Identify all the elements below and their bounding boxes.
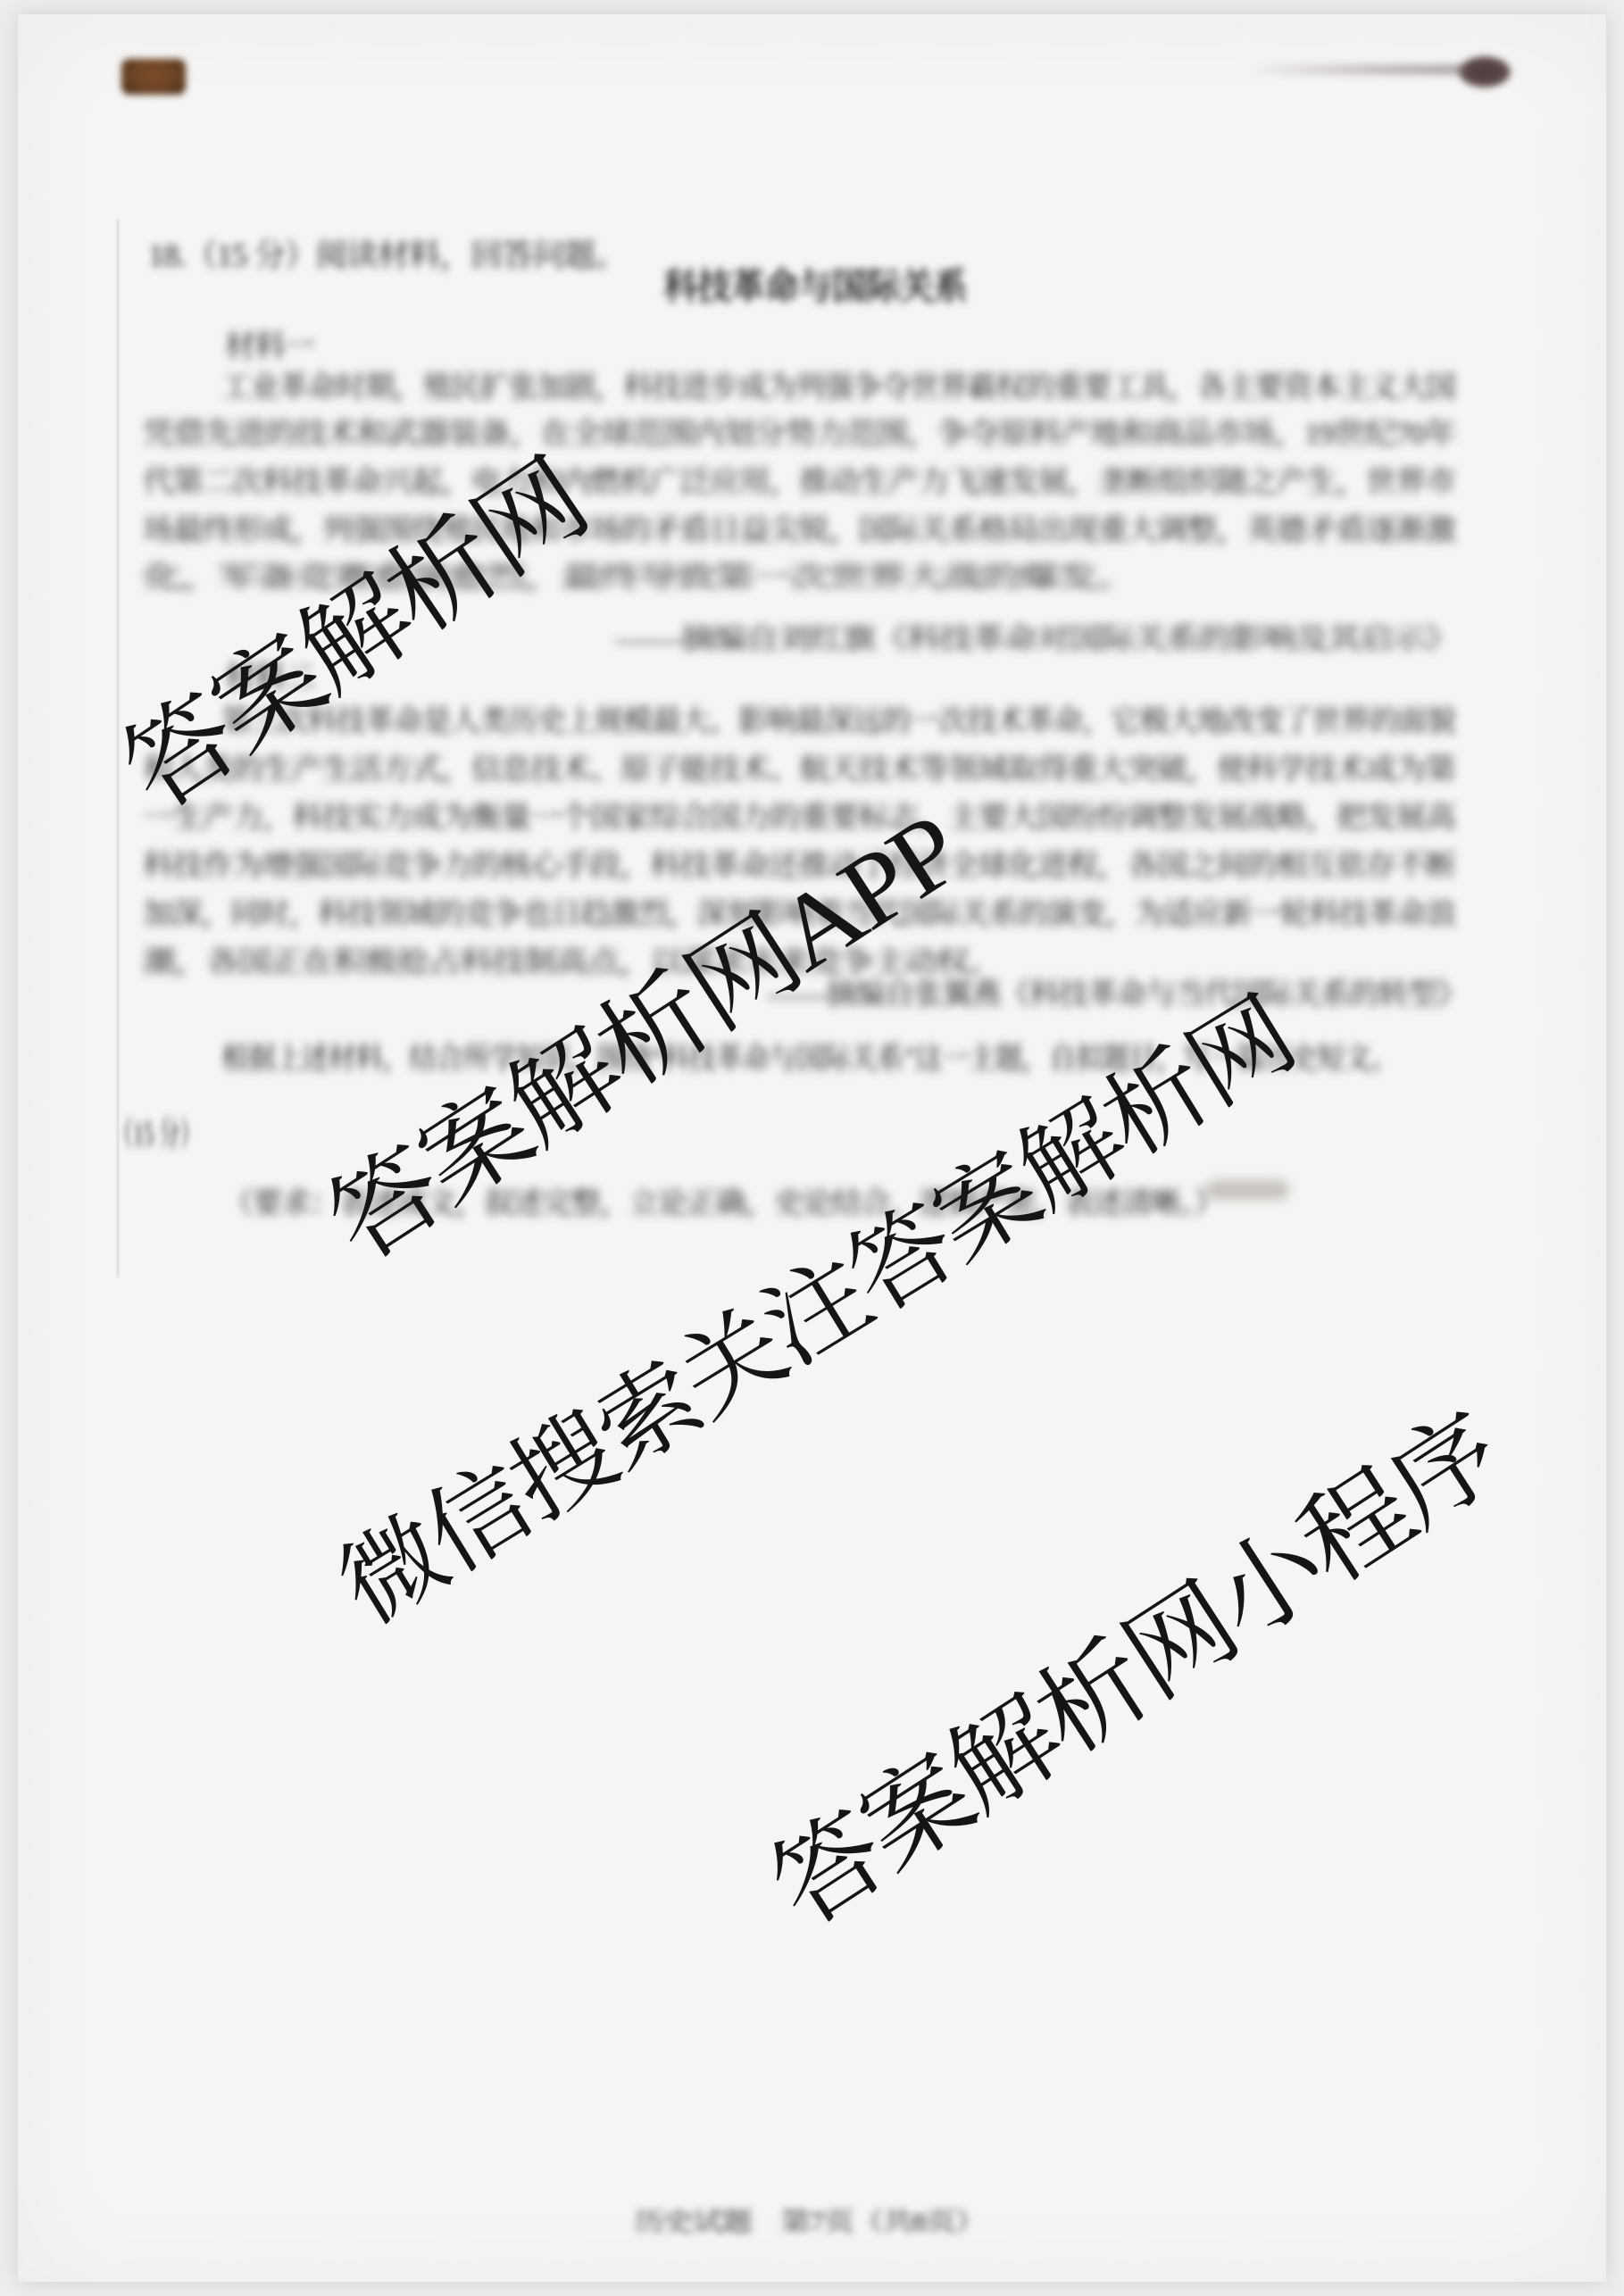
blurred-text-line: 化，军备竞赛愈演愈烈，最终导致第一次世界大战的爆发。 xyxy=(143,553,1134,596)
blurred-text-line: 一生产力，科技实力成为衡量一个国家综合国力的重要标志，主要大国纷纷调整发展战略，… xyxy=(143,793,1455,836)
blurred-text-line: 工业革命时期，殖民扩张加剧，科技进步成为列强争夺世界霸权的重要工具，各主要资本主… xyxy=(221,362,1455,406)
blurred-text-line: 代第二次科技革命兴起，电力和内燃机广泛应用，推动生产力飞速发展，垄断组织随之产生… xyxy=(143,457,1455,501)
publisher-stamp-blurred xyxy=(121,59,186,95)
header-smudge xyxy=(1246,64,1464,75)
material-1-label: 材料一 xyxy=(225,321,314,367)
score-note: （15 分） xyxy=(112,1109,201,1154)
material-1-source: ——摘编自刘红旗《科技革命对国际关系的影响及其启示》 xyxy=(616,614,1457,658)
blurred-text-line: 和人类的生产生活方式，信息技术、原子能技术、航天技术等领域取得重大突破，使科学技… xyxy=(143,745,1455,788)
essay-title: 科技革命与国际关系 xyxy=(654,257,958,310)
blurred-text-line: 凭借先进的技术和武器装备，在全球范围内划分势力范围，争夺原料产地和商品市场，19… xyxy=(143,409,1455,453)
blurred-text-line: 第三次科技革命是人类历史上规模最大、影响最深远的一次技术革命，它极大地改变了世界… xyxy=(221,696,1455,740)
material-2-source: ——摘编自张翼燕《科技革命与当代国际关系的转型》 xyxy=(759,969,1457,1013)
scanned-exam-page: 18.（15 分）阅读材料，回答问题。 科技革命与国际关系 材料一 工业革命时期… xyxy=(0,0,1624,2296)
question-number-text: 18.（15 分）阅读材料，回答问题。 xyxy=(148,230,626,276)
blurred-text-line: 场最终形成，列强围绕殖民地和市场的矛盾日益尖锐，国际关系格局出现重大调整，英德矛… xyxy=(143,505,1455,549)
header-dark-mark xyxy=(1459,56,1511,87)
question-number-line: 18.（15 分）阅读材料，回答问题。 xyxy=(148,230,626,276)
page-footer: 历史试题 第7页（共8页） xyxy=(634,2200,984,2239)
